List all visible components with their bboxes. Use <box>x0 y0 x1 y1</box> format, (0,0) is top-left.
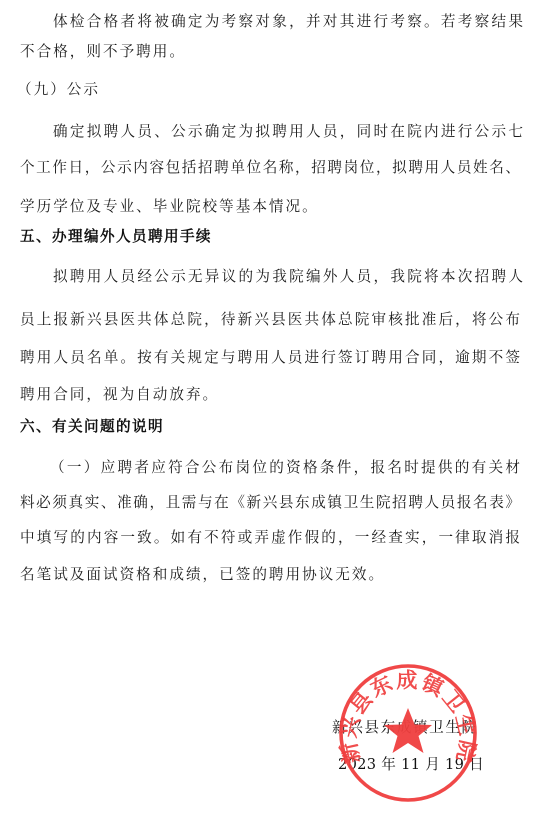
section-heading-related-issues: 六、有关问题的说明 <box>20 416 520 438</box>
subsection-heading-publicity: （九）公示 <box>17 79 517 101</box>
paragraph-qualifications-line-3: 中填写的内容一致。如有不符或弄虚作假的，一经查实，一律取消报 <box>20 527 520 549</box>
paragraph-procedures-line-1: 拟聘用人员经公示无异议的为我院编外人员，我院将本次招聘人 <box>53 266 523 288</box>
section-heading-hiring-procedures: 五、办理编外人员聘用手续 <box>20 226 520 248</box>
signature-organization: 新兴县东成镇卫生院 <box>332 717 478 739</box>
paragraph-exam-line-1: 体检合格者将被确定为考察对象，并对其进行考察。若考察结果 <box>53 11 523 33</box>
paragraph-publicity-line-2: 个工作日，公示内容包括招聘单位名称，招聘岗位，拟聘用人员姓名、 <box>20 157 520 179</box>
paragraph-publicity-line-3: 学历学位及专业、毕业院校等基本情况。 <box>20 196 520 218</box>
paragraph-qualifications-line-4: 名笔试及面试资格和成绩，已签的聘用协议无效。 <box>20 564 520 586</box>
paragraph-procedures-line-2: 员上报新兴县医共体总院，待新兴县医共体总院审核批准后，将公布 <box>20 309 520 331</box>
document-page: 体检合格者将被确定为考察对象，并对其进行考察。若考察结果 不合格，则不予聘用。 … <box>0 0 542 832</box>
paragraph-qualifications-line-2: 料必须真实、准确，且需与在《新兴县东成镇卫生院招聘人员报名表》 <box>20 492 520 514</box>
paragraph-exam-line-2: 不合格，则不予聘用。 <box>20 41 520 63</box>
paragraph-qualifications-line-1: （一）应聘者应符合公布岗位的资格条件，报名时提供的有关材 <box>50 457 520 479</box>
paragraph-procedures-line-4: 聘用合同，视为自动放弃。 <box>20 384 520 406</box>
paragraph-publicity-line-1: 确定拟聘人员、公示确定为拟聘用人员，同时在院内进行公示七 <box>53 121 523 143</box>
paragraph-procedures-line-3: 聘用人员名单。按有关规定与聘用人员进行签订聘用合同，逾期不签 <box>20 347 520 369</box>
signature-date: 2023 年 11 月 19 日 <box>338 754 484 776</box>
